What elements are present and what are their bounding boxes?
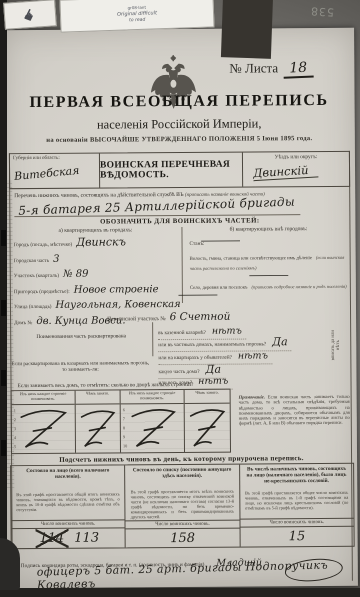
buildings-col-3: Изъ нихъ каждое строеніе поименовать. 6 …: [121, 390, 185, 452]
field-empty-dash: —: [201, 235, 239, 247]
form-legal-basis: на основаніи ВЫСОЧАЙШЕ УТВЕРЖДЕННАГО ПОЛ…: [4, 135, 355, 144]
gubernia-label: Губернія или область:: [10, 154, 99, 164]
totals-header: Состояло на лицо (всего наличнаго населе…: [11, 465, 124, 491]
scan-background: № Листа 18 ПЕРВАЯ ВСЕОБЩАЯ ПЕРЕПИСЬ насе…: [0, 0, 360, 597]
form-title: ПЕРВАЯ ВСЕОБЩАЯ ПЕРЕПИСЬ: [4, 92, 355, 112]
remark-note: Примѣчаніе. Если воинская часть занимает…: [239, 394, 350, 427]
census-form-page: № Листа 18 ПЕРВАЯ ВСЕОБЩАЯ ПЕРЕПИСЬ насе…: [3, 28, 358, 588]
field-value: Двинскъ: [76, 235, 126, 248]
quartering-condition-label: Если расквартирована въ казармахъ или на…: [10, 361, 150, 374]
field-value: Новое строеніе: [74, 284, 159, 296]
buildings-col-1: Изъ нихъ каждое строеніе поименовать. 1 …: [12, 391, 76, 453]
count-value: 113: [74, 531, 99, 546]
column-header: Чѣмъ занято.: [185, 390, 230, 404]
field-empty-dash: —: [179, 291, 217, 297]
quartering-label: Поименованная часть расквартирована: [14, 333, 148, 340]
table-body-cell: [185, 404, 230, 452]
column-header: Изъ нихъ каждое строеніе поименовать.: [121, 390, 184, 404]
microfilm-note-sticker: gr08-lant Original difficult to read: [59, 0, 214, 33]
field-stan: Станъ: —: [189, 234, 347, 251]
sticker-line-1: gr08-lant: [127, 4, 146, 10]
crossout-stroke: [12, 405, 75, 453]
totals-col-by-list: Состояло по списку (постоянно живущаго з…: [125, 465, 240, 548]
totals-description: Въ этой графѣ проставляется общій итогъ …: [11, 490, 125, 520]
sticker-line-2: Original difficult: [117, 10, 157, 17]
microfilm-hand-sticker: ☛: [3, 0, 57, 30]
count-value: 158: [170, 531, 195, 546]
pointing-hand-icon: ☛: [19, 5, 41, 25]
table-body-cell: 6 7 8 9 10: [121, 404, 184, 452]
field-value: 3: [53, 253, 59, 264]
quartering-block: Поименованная часть расквартирована въ к…: [10, 320, 351, 382]
column-header: Чѣмъ занято.: [76, 390, 120, 404]
margin-instruction: вписать да или нѣтъ: [331, 325, 342, 365]
field-label: Участокъ (кварталъ): [14, 273, 59, 279]
sticker-line-3: to read: [129, 17, 145, 23]
field-suburb: Пригородъ (предмѣстье): Новое строеніе: [14, 282, 178, 299]
buildings-col-2: Чѣмъ занято.: [76, 390, 121, 452]
document-type-title: ВОИНСКАЯ ПЕРЕЧНЕВАЯ ВѢДОМОСТЬ.: [100, 153, 243, 188]
field-value: № 89: [63, 269, 88, 280]
count-value-crossed: 114: [37, 531, 66, 546]
field-volost: Волость, гмина, станица или соотвѣтствую…: [190, 251, 348, 279]
field-empty-dash: —: [250, 271, 288, 279]
location-columns: а) квартирующихъ въ городахъ: Городъ (по…: [9, 226, 351, 304]
buildings-table: Изъ нихъ каждое строеніе поименовать. 1 …: [11, 389, 231, 455]
totals-col-non-peasant: Въ числѣ наличныхъ чиновъ, состоящихъ на…: [240, 464, 354, 547]
column-header: Изъ нихъ каждое строеніе поименовать.: [12, 391, 75, 405]
scan-left-edge: [0, 0, 7, 597]
buildings-intro: Если занимаетъ весь домъ, то отмѣтить: с…: [18, 382, 194, 389]
totals-description: Въ этой графѣ проставляется общее число …: [240, 489, 354, 519]
field-label: Улица (площадь): [14, 304, 52, 310]
uezd-cell: Уѣздъ или округъ: Двинскій: [243, 152, 349, 187]
field-label: Городъ (посадъ, мѣстечко): [14, 242, 73, 248]
pencil-page-number: 538: [310, 4, 335, 18]
count-value-cell: 15: [240, 527, 353, 547]
field-label: Волость, гмина, станица или соотвѣтствую…: [190, 256, 312, 262]
field-precinct-block: Участокъ (кварталъ) № 89: [14, 266, 178, 283]
sheet-number-label: № Листа: [229, 60, 278, 76]
answer-value: Да: [272, 335, 288, 348]
uezd-value: Двинскій: [253, 162, 319, 181]
crossout-stroke: [76, 404, 120, 452]
count-value-cell: 158: [126, 529, 239, 547]
field-note: (приписавъ подробное названіе и родъ пос…: [251, 283, 346, 289]
sheet-number-row: № Листа 18: [229, 60, 313, 79]
totals-description: Въ этой графѣ проставляется итогъ всѣхъ …: [126, 488, 240, 521]
uezd-label: Уѣздъ или округъ:: [243, 152, 349, 161]
quartering-divider: [152, 322, 153, 356]
field-label: Городская часть: [14, 257, 49, 263]
form-subtitle: населенія Россійской Имперіи,: [4, 116, 355, 133]
count-value: 15: [289, 529, 306, 544]
crossout-stroke: [121, 404, 184, 452]
buildings-col-4: Чѣмъ занято.: [185, 390, 230, 452]
sheet-number-value: 18: [283, 60, 314, 79]
gubernia-value: Витебская: [14, 164, 80, 183]
answer-value: нѣтъ: [238, 350, 268, 361]
rural-column: б) квартирующихъ внѣ городовъ: Станъ: — …: [189, 226, 347, 298]
totals-header: Въ числѣ наличныхъ чиновъ, состоящихъ на…: [240, 464, 353, 490]
scan-dark-patch: [221, 0, 273, 59]
totals-table: Состояло на лицо (всего наличнаго населе…: [10, 463, 355, 549]
totals-header: Состояло по списку (постоянно живущаго з…: [125, 465, 238, 489]
count-value-cell: 114 113: [12, 528, 125, 548]
gubernia-cell: Губернія или область: Витебская: [10, 154, 100, 189]
field-village: Село, деревня или поселокъ (приписавъ по…: [190, 280, 348, 297]
field-city-part: Городская часть 3: [14, 251, 178, 268]
crossout-stroke: [185, 404, 230, 452]
totals-col-present: Состояло на лицо (всего наличнаго населе…: [11, 465, 126, 548]
table-body-cell: 1 2 3 4 5: [12, 405, 75, 453]
table-body-cell: [76, 404, 120, 452]
answer-value: нѣтъ: [198, 376, 228, 387]
field-label: Пригородъ (предмѣстье):: [14, 288, 70, 294]
field-city: Городъ (посадъ, мѣстечко) Двинскъ: [13, 235, 177, 252]
city-column-title: а) квартирующихъ въ городахъ:: [13, 227, 177, 234]
region-row: Губернія или область: Витебская ВОИНСКАЯ…: [9, 151, 350, 189]
scan-bottom-edge: [0, 588, 360, 597]
